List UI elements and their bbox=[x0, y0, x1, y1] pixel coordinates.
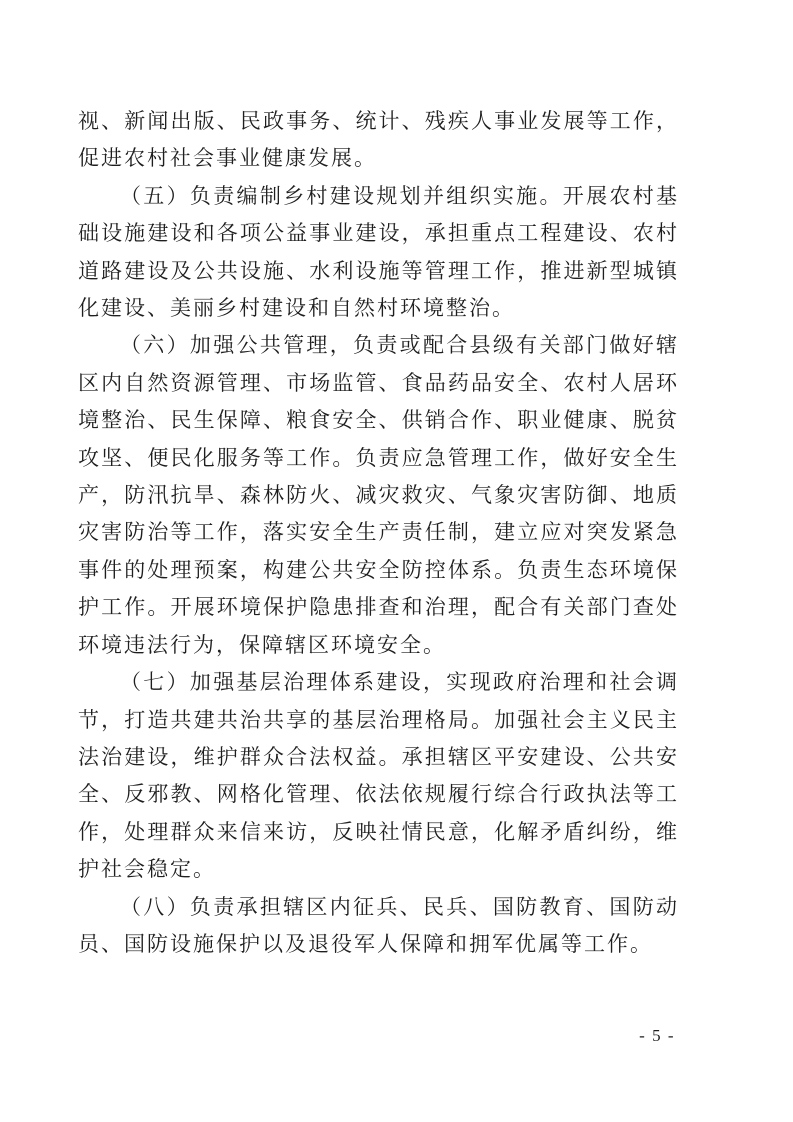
document-body: 视、新闻出版、民政事务、统计、残疾人事业发展等工作，促进农村社会事业健康发展。（… bbox=[78, 103, 679, 963]
paragraph: （五）负责编制乡村建设规划并组织实施。开展农村基础设施建设和各项公益事业建设，承… bbox=[78, 178, 679, 328]
document-page: 视、新闻出版、民政事务、统计、残疾人事业发展等工作，促进农村社会事业健康发展。（… bbox=[0, 0, 793, 1122]
paragraph: （八）负责承担辖区内征兵、民兵、国防教育、国防动员、国防设施保护以及退役军人保障… bbox=[78, 889, 679, 964]
page-number: - 5 - bbox=[639, 1026, 675, 1046]
paragraph: （六）加强公共管理，负责或配合县级有关部门做好辖区内自然资源管理、市场监管、食品… bbox=[78, 327, 679, 664]
paragraph: 视、新闻出版、民政事务、统计、残疾人事业发展等工作，促进农村社会事业健康发展。 bbox=[78, 103, 679, 178]
paragraph: （七）加强基层治理体系建设，实现政府治理和社会调节，打造共建共治共享的基层治理格… bbox=[78, 664, 679, 888]
